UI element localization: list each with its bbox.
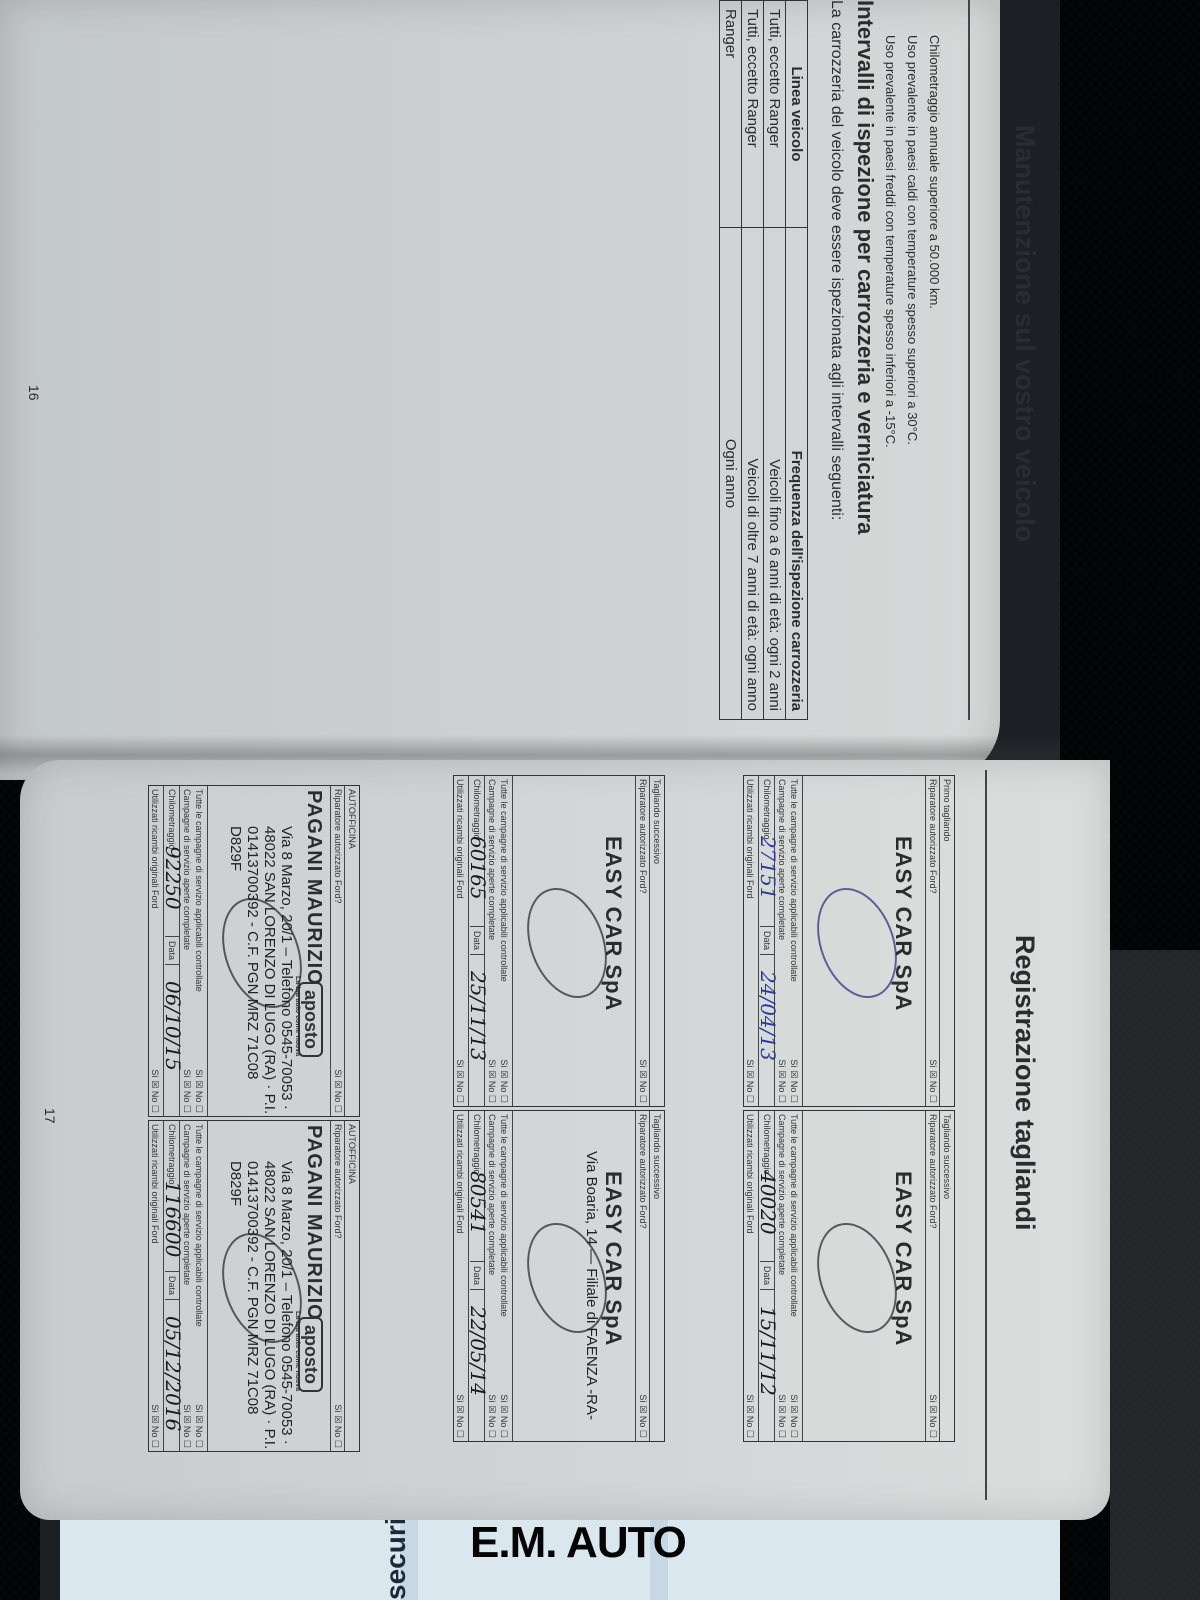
brand-logo: aposto bbox=[298, 1317, 323, 1392]
table-cell: Tutti, eccetto Ranger bbox=[764, 1, 786, 228]
table-row: Ranger Ogni anno bbox=[720, 1, 742, 720]
mileage-label: Chilometraggio bbox=[472, 1114, 482, 1175]
table-cell: Ogni anno bbox=[720, 228, 742, 720]
brand-logo: aposto bbox=[298, 982, 323, 1057]
repairer-label: Riparatore autorizzato Ford? bbox=[928, 779, 938, 894]
original-parts-label: Utilizzati ricambi originali Ford bbox=[150, 789, 160, 909]
card-heading: Tagliando successivo bbox=[942, 1114, 952, 1199]
original-parts-yes-no[interactable]: Sì ☒ No ☐ bbox=[149, 1069, 160, 1113]
card-heading: Primo tagliando bbox=[942, 779, 952, 842]
table-row: Tutti, eccetto Ranger Veicoli fino a 6 a… bbox=[764, 1, 786, 720]
page-title: Registrazione tagliandi bbox=[1009, 935, 1040, 1231]
title-rule bbox=[968, 0, 970, 720]
date-value[interactable]: 15/11/12 bbox=[756, 1306, 780, 1396]
mileage-value[interactable]: 116600 bbox=[161, 1181, 185, 1257]
service-record-card: AUTOFFICINA Riparatore autorizzato Ford?… bbox=[148, 1120, 360, 1452]
workshop-stamp: EASY CAR SpA bbox=[600, 836, 626, 1011]
repairer-label: Riparatore autorizzato Ford? bbox=[333, 1124, 343, 1239]
bullet-3: Uso prevalente in paesi freddi con tempe… bbox=[883, 35, 898, 448]
campaigns-checked-label: Tutte le campagne di servizio applicabil… bbox=[499, 1114, 509, 1317]
mileage-label: Chilometraggio bbox=[167, 1124, 177, 1185]
section-intro: La carrozzeria del veicolo deve essere i… bbox=[827, 0, 845, 520]
date-value[interactable]: 22/05/14 bbox=[466, 1306, 490, 1396]
mileage-label: Chilometraggio bbox=[472, 779, 482, 840]
car-seat-fabric-shadow bbox=[1110, 950, 1200, 1600]
card-heading: AUTOFFICINA bbox=[347, 789, 357, 849]
repairer-yes-no[interactable]: Sì ☒ No ☐ bbox=[636, 1394, 650, 1438]
campaigns-completed-yes-no[interactable]: Sì ☒ No ☐ bbox=[486, 1059, 498, 1103]
card-heading: Tagliando successivo bbox=[652, 1114, 662, 1199]
mileage-value[interactable]: 92250 bbox=[161, 846, 185, 910]
date-label: Data bbox=[165, 1271, 179, 1300]
date-label: Data bbox=[760, 926, 774, 955]
repairer-yes-no[interactable]: Sì ☒ No ☐ bbox=[926, 1394, 940, 1438]
campaigns-checked-label: Tutte le campagne di servizio applicabil… bbox=[194, 789, 204, 992]
original-parts-label: Utilizzati ricambi originali Ford bbox=[455, 1114, 465, 1234]
campaigns-checked-label: Tutte le campagne di servizio applicabil… bbox=[194, 1124, 204, 1327]
date-value[interactable]: 05/12/2016 bbox=[161, 1316, 185, 1431]
date-label: Data bbox=[165, 936, 179, 965]
original-parts-label: Utilizzati ricambi originali Ford bbox=[150, 1124, 160, 1244]
table-header-row: Linea veicolo Frequenza dell'ispezione c… bbox=[786, 1, 808, 720]
campaigns-checked-yes-no[interactable]: Sì ☒ No ☐ bbox=[193, 1404, 205, 1448]
page-number: 17 bbox=[42, 1108, 58, 1124]
original-parts-yes-no[interactable]: Sì ☒ No ☐ bbox=[454, 1394, 465, 1438]
mileage-label: Chilometraggio bbox=[167, 789, 177, 850]
campaigns-completed-yes-no[interactable]: Sì ☒ No ☐ bbox=[181, 1069, 193, 1113]
mileage-value[interactable]: 40020 bbox=[756, 1171, 780, 1235]
dealer-watermark: E.M. AUTO bbox=[470, 1518, 686, 1568]
repairer-label: Riparatore autorizzato Ford? bbox=[638, 1114, 648, 1229]
service-record-card: Primo tagliando Riparatore autorizzato F… bbox=[743, 775, 955, 1107]
date-value[interactable]: 06/10/15 bbox=[161, 981, 185, 1071]
bullet-2: Uso prevalente in paesi caldi con temper… bbox=[905, 35, 920, 445]
section-title: Intervalli di ispezione per carrozzeria … bbox=[852, 0, 878, 534]
mileage-label: Chilometraggio bbox=[762, 779, 772, 840]
bullet-1: Chilometraggio annuale superiore a 50.00… bbox=[927, 35, 942, 309]
workshop-stamp: EASY CAR SpA bbox=[890, 836, 916, 1011]
workshop-stamp: PAGANI MAURIZIO bbox=[302, 1125, 325, 1321]
repairer-yes-no[interactable]: Sì ☒ No ☐ bbox=[331, 1069, 345, 1113]
repairer-yes-no[interactable]: Sì ☒ No ☐ bbox=[636, 1059, 650, 1103]
original-parts-label: Utilizzati ricambi originali Ford bbox=[455, 779, 465, 899]
campaigns-checked-yes-no[interactable]: Sì ☒ No ☐ bbox=[788, 1394, 800, 1438]
table-cell: Tutti, eccetto Ranger bbox=[742, 1, 764, 228]
date-value[interactable]: 25/11/13 bbox=[466, 971, 490, 1061]
title-rule bbox=[985, 770, 987, 1500]
campaigns-completed-yes-no[interactable]: Sì ☒ No ☐ bbox=[776, 1394, 788, 1438]
table-cell: Ranger bbox=[720, 1, 742, 228]
original-parts-yes-no[interactable]: Sì ☒ No ☐ bbox=[149, 1404, 160, 1448]
card-heading: AUTOFFICINA bbox=[347, 1124, 357, 1184]
original-parts-yes-no[interactable]: Sì ☒ No ☐ bbox=[454, 1059, 465, 1103]
repairer-label: Riparatore autorizzato Ford? bbox=[638, 779, 648, 894]
repairer-yes-no[interactable]: Sì ☒ No ☐ bbox=[926, 1059, 940, 1103]
original-parts-yes-no[interactable]: Sì ☒ No ☐ bbox=[744, 1394, 755, 1438]
service-record-card: AUTOFFICINA Riparatore autorizzato Ford?… bbox=[148, 785, 360, 1117]
service-record-card: Tagliando successivo Riparatore autorizz… bbox=[743, 1110, 955, 1442]
campaigns-checked-yes-no[interactable]: Sì ☒ No ☐ bbox=[788, 1059, 800, 1103]
campaigns-checked-label: Tutte le campagne di servizio applicabil… bbox=[499, 779, 509, 982]
repairer-yes-no[interactable]: Sì ☒ No ☐ bbox=[331, 1404, 345, 1448]
table-row: Tutti, eccetto Ranger Veicoli di oltre 7… bbox=[742, 1, 764, 720]
repairer-label: Riparatore autorizzato Ford? bbox=[333, 789, 343, 904]
mileage-label: Chilometraggio bbox=[762, 1114, 772, 1175]
campaigns-checked-label: Tutte le campagne di servizio applicabil… bbox=[789, 1114, 799, 1317]
campaigns-completed-yes-no[interactable]: Sì ☒ No ☐ bbox=[776, 1059, 788, 1103]
date-label: Data bbox=[470, 926, 484, 955]
mileage-value[interactable]: 27151 bbox=[756, 836, 780, 900]
workshop-stamp: EASY CAR SpA bbox=[890, 1171, 916, 1346]
repairer-label: Riparatore autorizzato Ford? bbox=[928, 1114, 938, 1229]
campaigns-checked-yes-no[interactable]: Sì ☒ No ☐ bbox=[498, 1059, 510, 1103]
campaigns-checked-yes-no[interactable]: Sì ☒ No ☐ bbox=[193, 1069, 205, 1113]
card-heading: Tagliando successivo bbox=[652, 779, 662, 864]
original-parts-yes-no[interactable]: Sì ☒ No ☐ bbox=[744, 1059, 755, 1103]
table-header: Linea veicolo bbox=[786, 1, 808, 228]
service-record-card: Tagliando successivo Riparatore autorizz… bbox=[453, 1110, 665, 1442]
table-cell: Veicoli di oltre 7 anni di età: ogni ann… bbox=[742, 228, 764, 720]
underlying-document-text: securit bbox=[380, 1508, 412, 1600]
inspection-table: Linea veicolo Frequenza dell'ispezione c… bbox=[719, 0, 808, 720]
table-cell: Veicoli fino a 6 anni di età: ogni 2 ann… bbox=[764, 228, 786, 720]
service-record-card: Tagliando successivo Riparatore autorizz… bbox=[453, 775, 665, 1107]
campaigns-checked-yes-no[interactable]: Sì ☒ No ☐ bbox=[498, 1394, 510, 1438]
campaigns-checked-label: Tutte le campagne di servizio applicabil… bbox=[789, 779, 799, 982]
booklet-page-16: Manutenzione sul vostro veicolo Chilomet… bbox=[0, 0, 1000, 780]
campaigns-completed-yes-no[interactable]: Sì ☒ No ☐ bbox=[486, 1394, 498, 1438]
date-label: Data bbox=[760, 1261, 774, 1290]
original-parts-label: Utilizzati ricambi originali Ford bbox=[745, 1114, 755, 1234]
workshop-stamp: EASY CAR SpA bbox=[600, 1171, 626, 1346]
table-header: Frequenza dell'ispezione carrozzeria bbox=[786, 228, 808, 720]
date-label: Data bbox=[470, 1261, 484, 1290]
page-title: Manutenzione sul vostro veicolo bbox=[1009, 125, 1040, 542]
original-parts-label: Utilizzati ricambi originali Ford bbox=[745, 779, 755, 899]
date-value[interactable]: 24/04/13 bbox=[756, 971, 780, 1061]
page-number: 16 bbox=[26, 385, 42, 401]
mileage-value[interactable]: 80541 bbox=[466, 1171, 490, 1235]
workshop-stamp: PAGANI MAURIZIO bbox=[302, 790, 325, 986]
mileage-value[interactable]: 60165 bbox=[466, 836, 490, 900]
